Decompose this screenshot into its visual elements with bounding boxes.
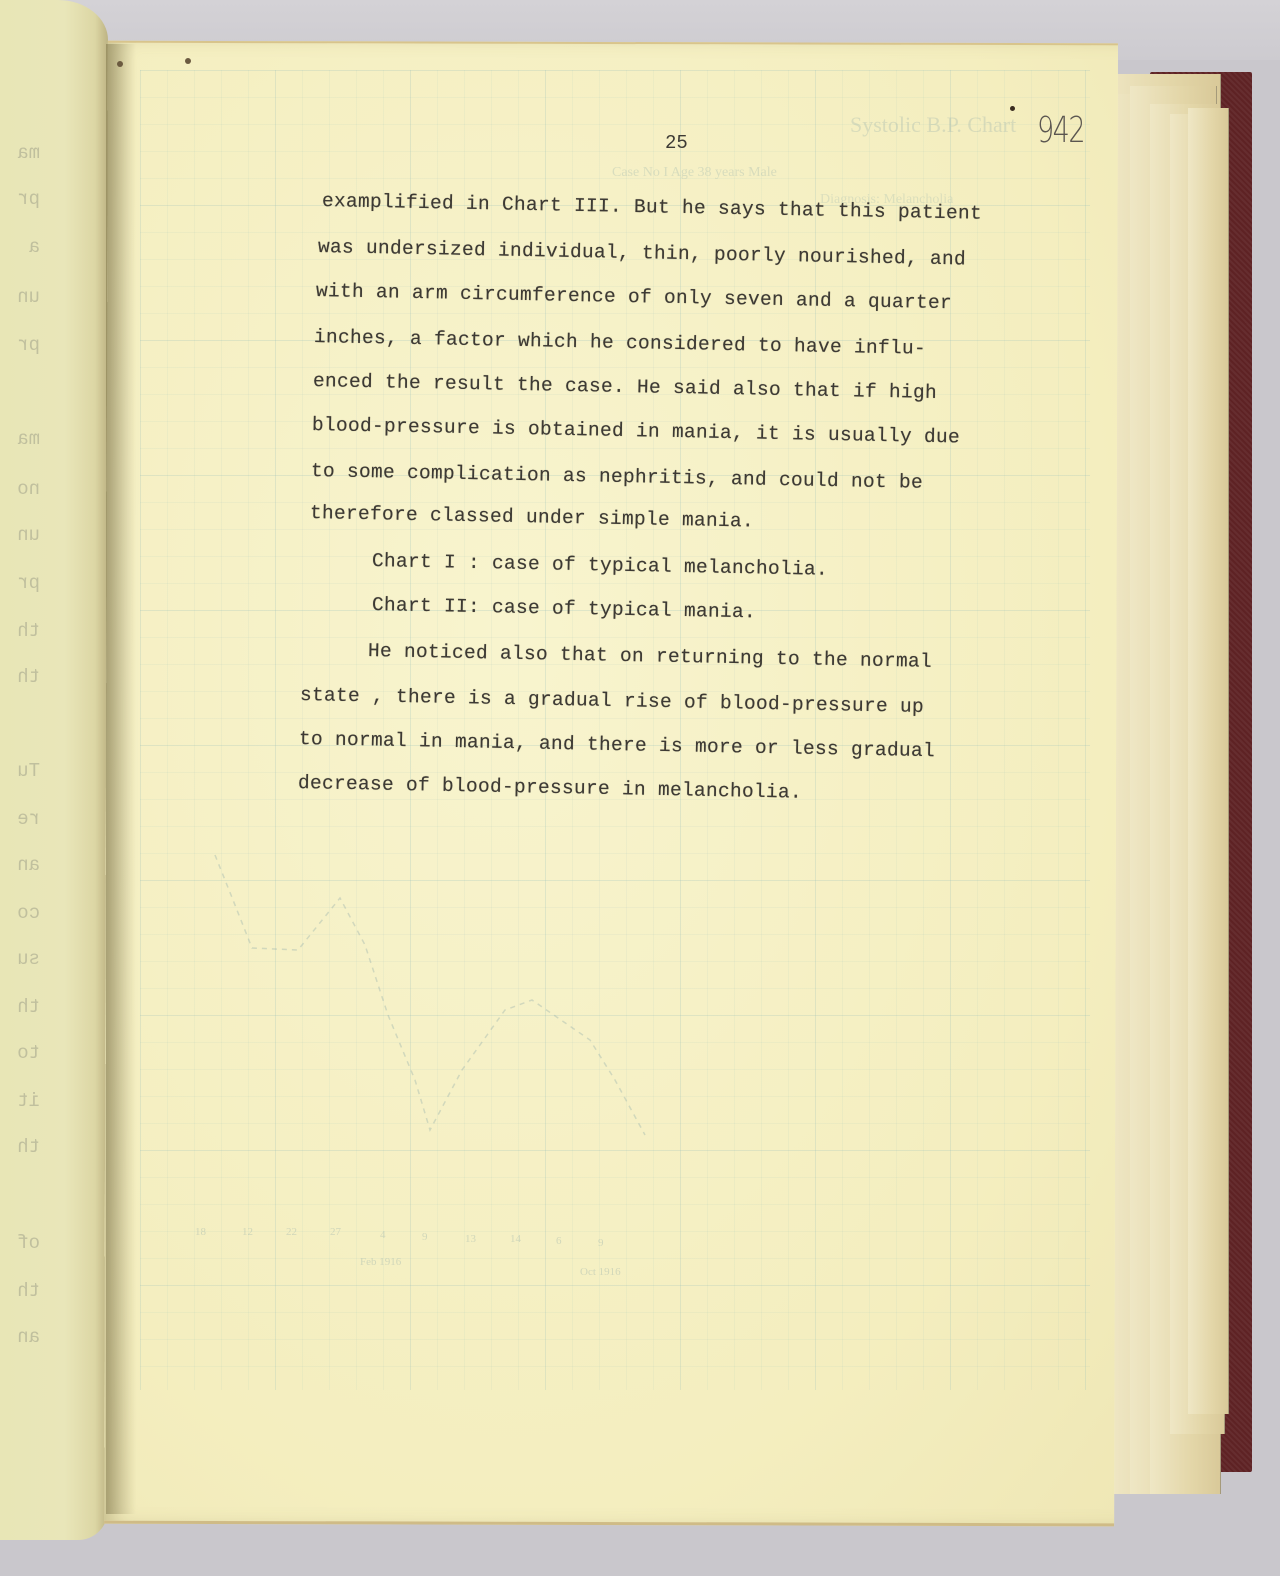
- left-page-fragment: th: [0, 1136, 40, 1158]
- binding-hole: [117, 61, 123, 67]
- left-page-fragment: it: [0, 1090, 40, 1112]
- left-page-fragment: ma: [0, 142, 40, 164]
- left-page-fragment: Tu: [0, 760, 40, 782]
- left-page-fragment: th: [0, 620, 40, 642]
- left-page-fragment: pr: [0, 572, 40, 594]
- show-through-chart-subtitle: Case No I Age 38 years Male: [612, 165, 777, 181]
- left-page-fragment: pr: [0, 334, 40, 356]
- left-page-fragment: an: [0, 854, 40, 876]
- left-page-fragment: re: [0, 808, 40, 830]
- left-page-fragment: a: [0, 236, 40, 258]
- left-page-fragment: su: [0, 948, 40, 970]
- left-page-fragment: th: [0, 666, 40, 688]
- ink-dot: [1010, 106, 1015, 111]
- page-stack-edges: [1100, 74, 1240, 1494]
- page-number: 25: [665, 132, 688, 154]
- left-page-fragment: pr: [0, 188, 40, 210]
- left-page-fragment: no: [0, 478, 40, 500]
- left-page-fragment: ma: [0, 428, 40, 450]
- left-page-fragment: an: [0, 1326, 40, 1348]
- left-page-fragment: of: [0, 1232, 40, 1254]
- gutter-shadow: [106, 44, 136, 1514]
- show-through-chart-title: Systolic B.P. Chart: [850, 112, 1016, 138]
- left-page-fragment: to: [0, 1042, 40, 1064]
- left-page-fragment: un: [0, 286, 40, 308]
- handwritten-folio-number: 942: [1037, 110, 1084, 151]
- left-page-fragment: th: [0, 1280, 40, 1302]
- left-page-fragment: th: [0, 996, 40, 1018]
- left-page-fragment: un: [0, 524, 40, 546]
- binding-hole: [185, 58, 191, 64]
- left-page-fragment: co: [0, 902, 40, 924]
- left-page-curl: ma pr a un pr ma no un pr th th Tu re an…: [0, 0, 108, 1540]
